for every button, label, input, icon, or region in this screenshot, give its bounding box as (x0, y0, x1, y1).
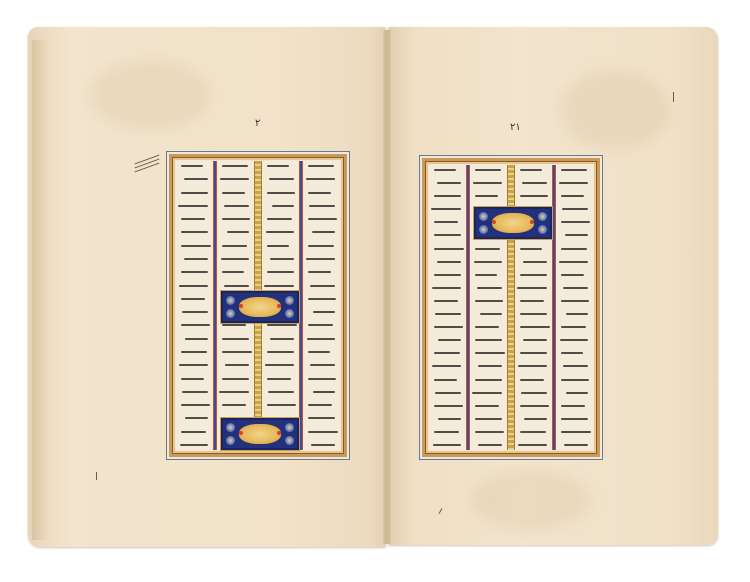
calligraphy-line (267, 351, 294, 353)
calligraphy-line (308, 431, 338, 433)
calligraphy-line (434, 352, 460, 354)
illuminated-cartouche (221, 291, 299, 323)
calligraphy-line (182, 311, 208, 313)
calligraphy-line (222, 271, 244, 273)
calligraphy-line (313, 391, 335, 393)
calligraphy-line (473, 182, 502, 184)
calligraphy-line (521, 392, 547, 394)
folio-mark-right: ٢١ (510, 122, 521, 133)
calligraphy-line (432, 365, 461, 367)
paper-stain (470, 470, 590, 530)
calligraphy-line (222, 338, 249, 340)
calligraphy-line (561, 169, 587, 171)
calligraphy-line (520, 352, 547, 354)
text-column (429, 165, 466, 450)
calligraphy-line (559, 261, 588, 263)
calligraphy-line (181, 192, 208, 194)
calligraphy-line (520, 405, 549, 407)
calligraphy-line (438, 418, 461, 420)
calligraphy-line (434, 431, 459, 433)
calligraphy-line (219, 391, 249, 393)
book-gutter (383, 30, 391, 544)
calligraphy-line (181, 271, 208, 273)
calligraphy-line (565, 234, 588, 236)
calligraphy-line (308, 351, 330, 353)
calligraphy-line (520, 379, 544, 381)
calligraphy-line (222, 165, 248, 167)
calligraphy-line (222, 378, 249, 380)
calligraphy-line (434, 234, 461, 236)
calligraphy-line (520, 169, 542, 171)
calligraphy-line (224, 205, 249, 207)
calligraphy-line (312, 231, 335, 233)
calligraphy-line (311, 444, 335, 446)
calligraphy-line (431, 208, 461, 210)
calligraphy-line (480, 313, 502, 315)
calligraphy-line (222, 324, 246, 326)
calligraphy-line (308, 404, 332, 406)
calligraphy-line (524, 418, 547, 420)
calligraphy-line (308, 245, 334, 247)
calligraphy-line (308, 417, 335, 419)
text-column (556, 165, 593, 450)
calligraphy-line (268, 391, 294, 393)
text-column (303, 161, 340, 450)
calligraphy-line (563, 287, 588, 289)
calligraphy-line (434, 248, 464, 250)
ink-mark (673, 92, 674, 102)
calligraphy-line (438, 339, 461, 341)
right-text-block (419, 155, 603, 460)
calligraphy-line (475, 431, 504, 433)
page-edge-wear (32, 40, 48, 540)
calligraphy-line (222, 218, 250, 220)
calligraphy-line (559, 182, 588, 184)
calligraphy-line (433, 444, 461, 446)
calligraphy-line (267, 218, 292, 220)
calligraphy-line (434, 300, 458, 302)
calligraphy-line (182, 391, 208, 393)
calligraphy-line (561, 221, 590, 223)
calligraphy-line (267, 404, 296, 406)
calligraphy-line (267, 378, 291, 380)
calligraphy-line (472, 392, 502, 394)
calligraphy-line (308, 165, 334, 167)
paper-stain (560, 70, 670, 150)
calligraphy-line (310, 364, 335, 366)
calligraphy-line (222, 351, 252, 353)
calligraphy-line (561, 274, 584, 276)
calligraphy-line (562, 208, 588, 210)
calligraphy-line (179, 285, 208, 287)
calligraphy-line (184, 258, 208, 260)
calligraphy-line (269, 178, 294, 180)
calligraphy-line (477, 287, 502, 289)
calligraphy-line (434, 379, 457, 381)
illuminated-cartouche (474, 207, 552, 239)
calligraphy-line (475, 169, 501, 171)
calligraphy-line (434, 326, 463, 328)
calligraphy-line (564, 444, 588, 446)
calligraphy-line (179, 364, 208, 366)
illuminated-cartouche (221, 418, 299, 450)
calligraphy-line (265, 364, 294, 366)
calligraphy-line (266, 231, 294, 233)
calligraphy-line (267, 324, 297, 326)
calligraphy-line (181, 165, 203, 167)
calligraphy-line (520, 274, 547, 276)
calligraphy-line (307, 338, 335, 340)
calligraphy-line (475, 379, 502, 381)
calligraphy-line (523, 261, 547, 263)
calligraphy-line (475, 248, 500, 250)
calligraphy-line (220, 178, 249, 180)
calligraphy-line (270, 258, 294, 260)
calligraphy-line (561, 431, 591, 433)
calligraphy-line (181, 218, 205, 220)
calligraphy-line (437, 261, 461, 263)
text-column (176, 161, 213, 450)
calligraphy-line (178, 205, 208, 207)
calligraphy-line (184, 178, 208, 180)
calligraphy-line (520, 248, 542, 250)
open-manuscript: ٢ ٢١ (0, 0, 750, 582)
calligraphy-line (181, 324, 210, 326)
calligraphy-line (475, 418, 502, 420)
calligraphy-line (566, 313, 588, 315)
calligraphy-line (272, 205, 294, 207)
calligraphy-line (434, 274, 461, 276)
calligraphy-line (309, 205, 335, 207)
calligraphy-line (308, 192, 331, 194)
calligraphy-line (520, 326, 550, 328)
calligraphy-line (222, 245, 247, 247)
paper-stain (90, 60, 210, 130)
calligraphy-line (267, 271, 294, 273)
folio-mark-left: ٢ (255, 118, 260, 129)
calligraphy-line (561, 300, 589, 302)
calligraphy-line (306, 258, 335, 260)
calligraphy-line (225, 364, 249, 366)
left-text-block (166, 151, 350, 460)
calligraphy-line (264, 285, 294, 287)
calligraphy-line (520, 313, 547, 315)
calligraphy-line (181, 378, 204, 380)
calligraphy-line (308, 298, 336, 300)
calligraphy-line (561, 352, 583, 354)
calligraphy-line (561, 379, 589, 381)
calligraphy-line (435, 313, 461, 315)
calligraphy-line (434, 405, 463, 407)
calligraphy-line (308, 218, 337, 220)
calligraphy-line (181, 431, 206, 433)
calligraphy-line (475, 326, 499, 328)
calligraphy-line (181, 298, 205, 300)
calligraphy-line (563, 365, 588, 367)
calligraphy-line (475, 274, 497, 276)
calligraphy-line (561, 418, 588, 420)
calligraphy-line (478, 444, 502, 446)
calligraphy-line (475, 300, 503, 302)
calligraphy-line (267, 192, 295, 194)
calligraphy-line (308, 378, 336, 380)
calligraphy-line (523, 339, 547, 341)
calligraphy-line (475, 195, 498, 197)
calligraphy-line (434, 221, 458, 223)
calligraphy-line (520, 300, 544, 302)
calligraphy-line (434, 195, 461, 197)
calligraphy-line (308, 271, 331, 273)
calligraphy-line (313, 311, 335, 313)
calligraphy-line (478, 365, 502, 367)
calligraphy-line (561, 405, 585, 407)
calligraphy-line (185, 338, 208, 340)
calligraphy-line (181, 404, 210, 406)
calligraphy-line (180, 444, 208, 446)
calligraphy-line (475, 339, 502, 341)
calligraphy-line (561, 326, 586, 328)
calligraphy-line (222, 404, 246, 406)
calligraphy-line (181, 351, 207, 353)
calligraphy-line (432, 287, 461, 289)
calligraphy-line (520, 195, 548, 197)
calligraphy-line (222, 192, 245, 194)
calligraphy-line (267, 245, 289, 247)
calligraphy-line (522, 182, 547, 184)
calligraphy-line (475, 352, 505, 354)
calligraphy-line (518, 444, 547, 446)
calligraphy-line (308, 324, 333, 326)
calligraphy-line (560, 339, 588, 341)
calligraphy-line (181, 231, 208, 233)
calligraphy-line (306, 178, 335, 180)
calligraphy-line (520, 431, 546, 433)
calligraphy-line (310, 285, 335, 287)
calligraphy-line (270, 338, 294, 340)
calligraphy-line (437, 182, 461, 184)
calligraphy-line (185, 417, 208, 419)
calligraphy-line (517, 287, 547, 289)
calligraphy-line (267, 165, 289, 167)
calligraphy-line (224, 285, 249, 287)
calligraphy-line (435, 392, 461, 394)
calligraphy-line (434, 169, 456, 171)
calligraphy-line (561, 248, 587, 250)
calligraphy-line (474, 261, 502, 263)
calligraphy-line (561, 195, 584, 197)
calligraphy-line (475, 405, 499, 407)
calligraphy-line (227, 231, 249, 233)
calligraphy-line (181, 245, 211, 247)
marginal-note (134, 156, 160, 172)
ink-mark (96, 472, 97, 480)
calligraphy-line (221, 258, 249, 260)
calligraphy-line (566, 392, 588, 394)
calligraphy-line (518, 365, 547, 367)
